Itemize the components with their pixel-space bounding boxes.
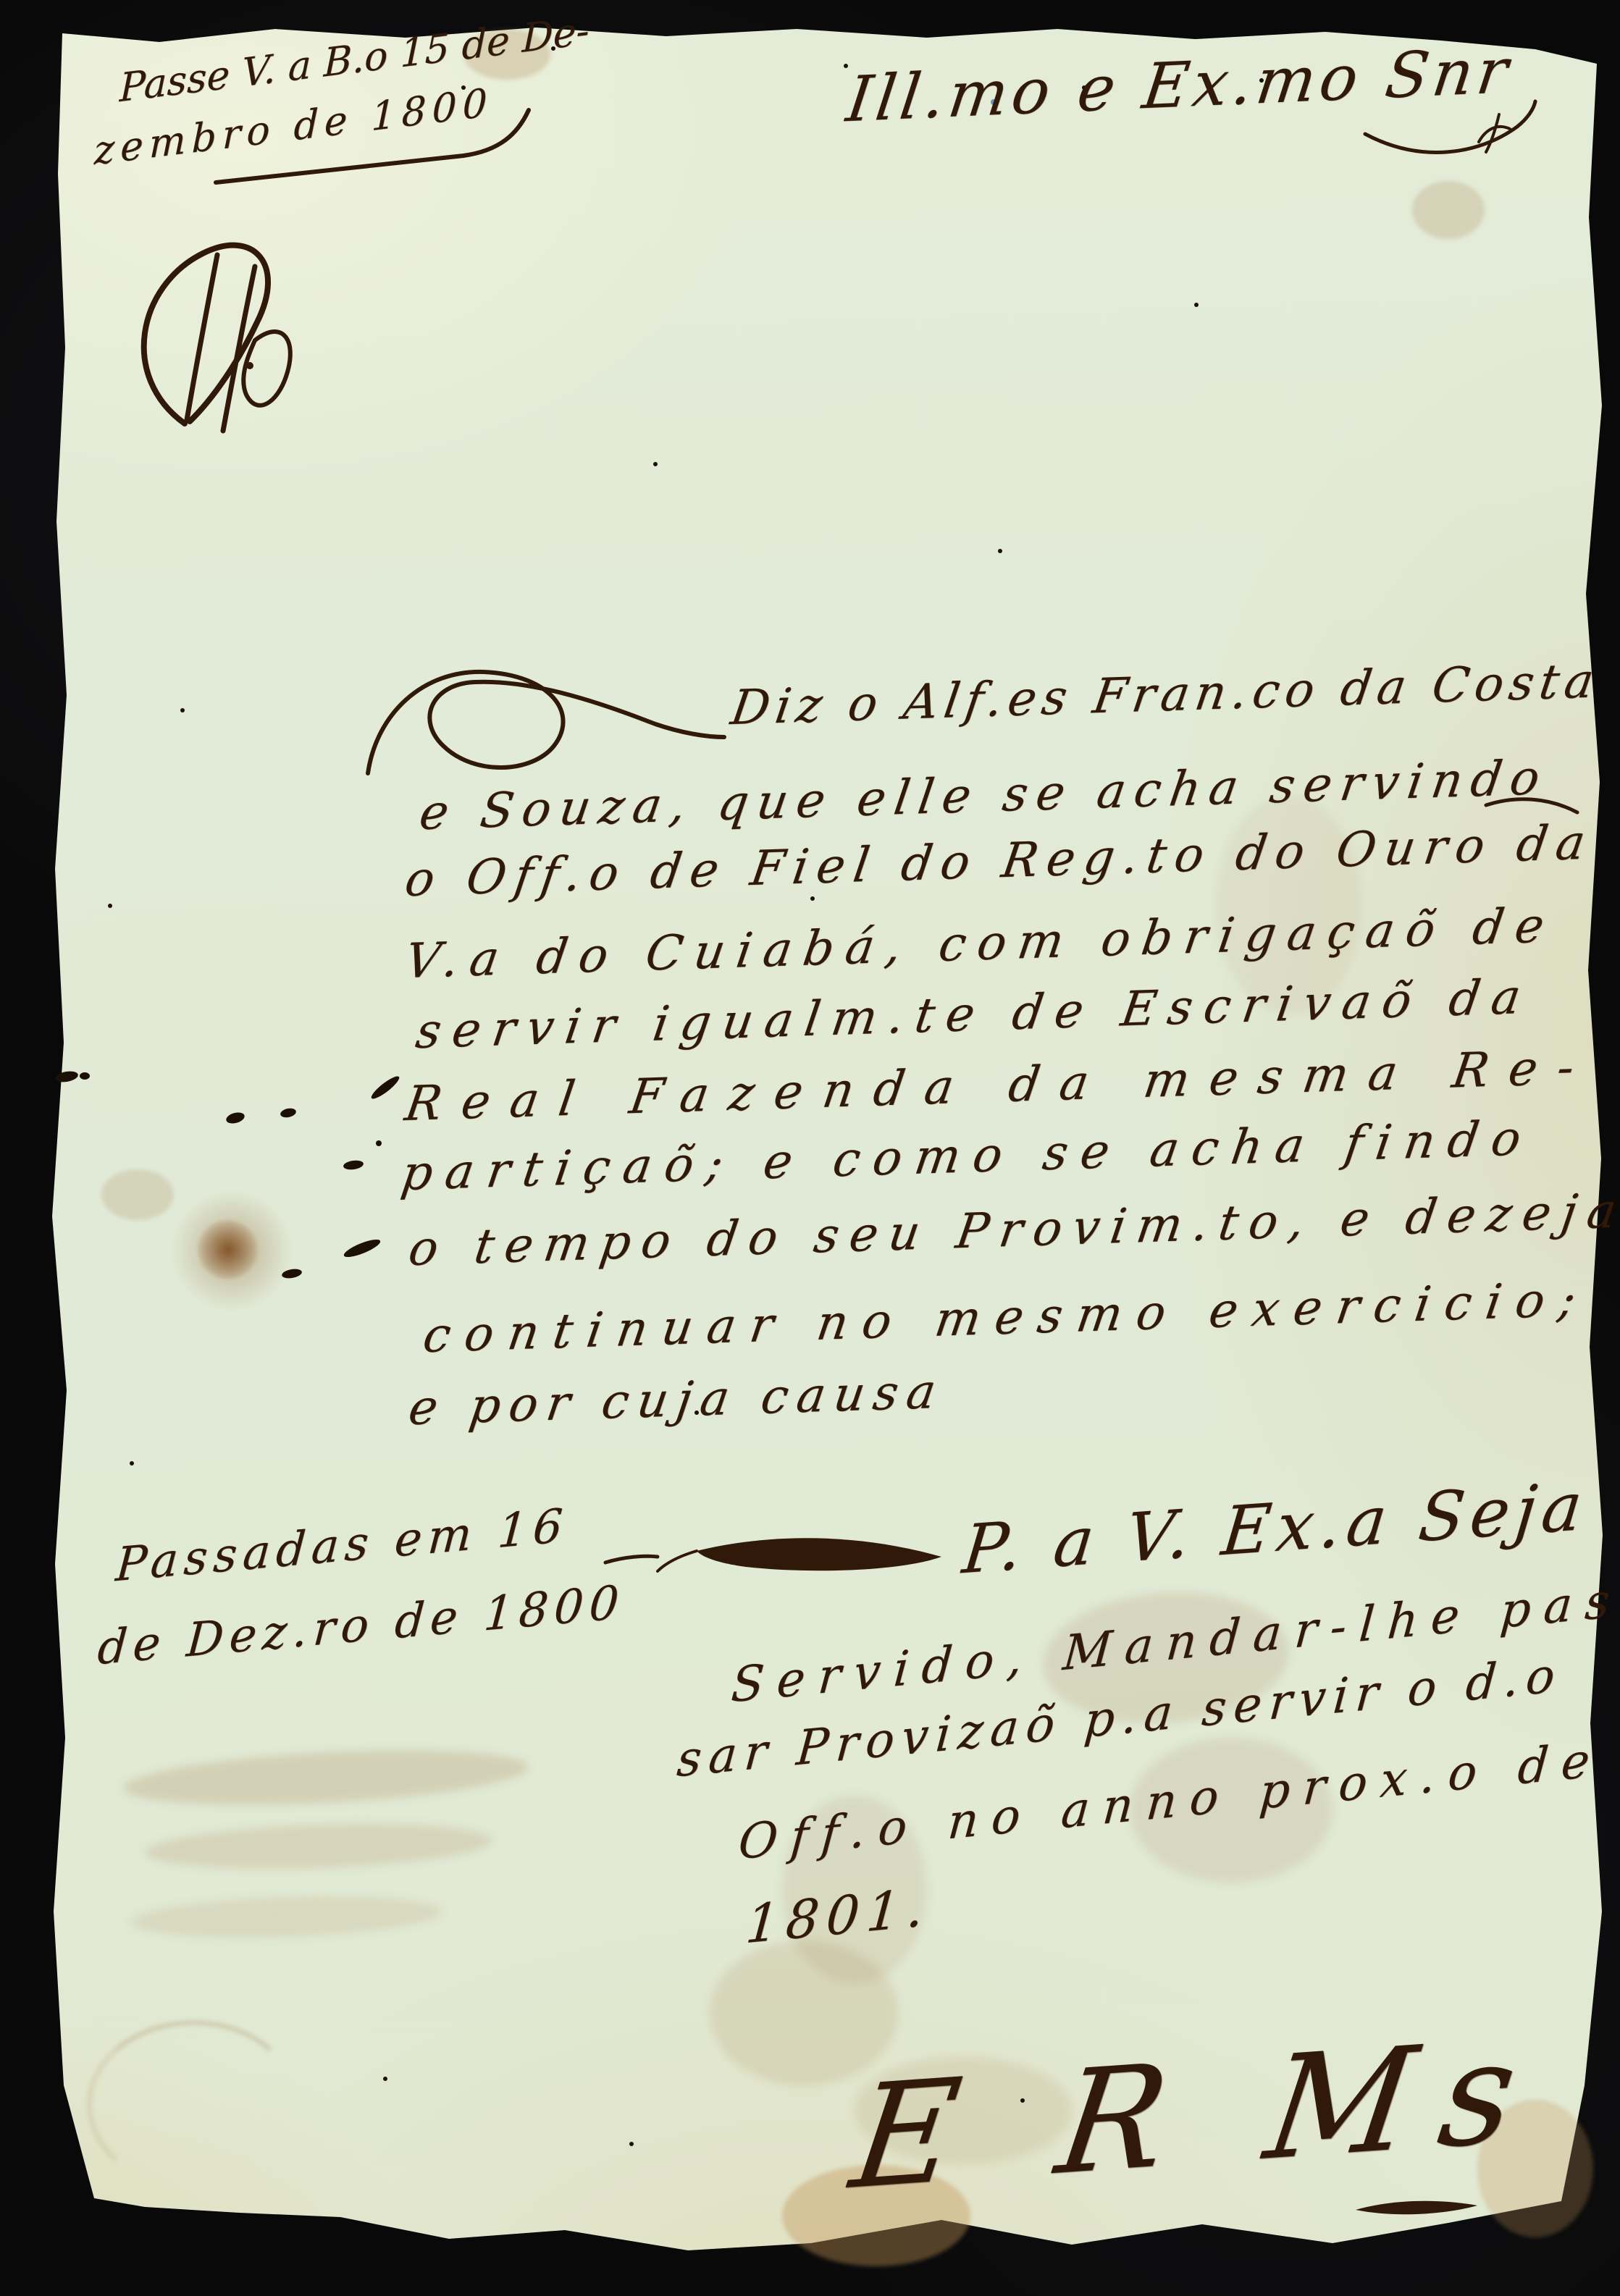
scanned-document: Passe V. a B.o 15 de De- zembro de 1800 … bbox=[0, 0, 1620, 2296]
bleedthrough-arc bbox=[87, 2020, 300, 2190]
